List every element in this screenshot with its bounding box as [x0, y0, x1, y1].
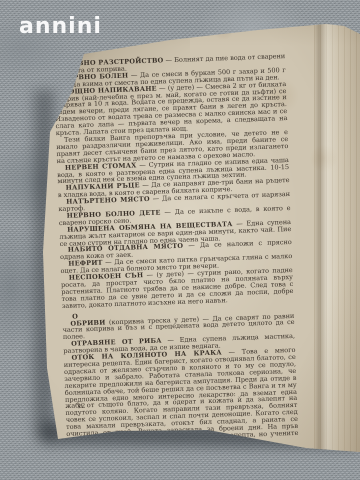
remedy-title: НАПУКАНИ РЪЦЕ	[66, 182, 140, 193]
photo-scene: НЕРВНО РАЗСТРОЙСТВО — Болният да пие вод…	[0, 0, 360, 480]
remedy-title: НАТЪРТЕНО МЯСТО	[66, 195, 150, 206]
remedy-title: НЕРВЕН СТОМАХ	[65, 161, 137, 171]
watermark-text: annini	[19, 14, 102, 39]
remedy-title: НЕСПОКОЕН СЪН	[69, 271, 144, 282]
remedy-title: ОТРАВЯНЕ ОТ РИБА	[71, 337, 162, 348]
remedy-title: ОБРИВИ	[70, 318, 105, 327]
remedy-paragraph: НЕСПОКОЕН СЪН — (у дете) — сутрин рано, …	[61, 267, 294, 310]
page-number: 12	[77, 402, 86, 410]
page-text: НЕРВНО РАЗСТРОЙСТВО — Болният да пие вод…	[53, 53, 298, 452]
remedy-title: НЕФРИТ	[68, 259, 103, 268]
